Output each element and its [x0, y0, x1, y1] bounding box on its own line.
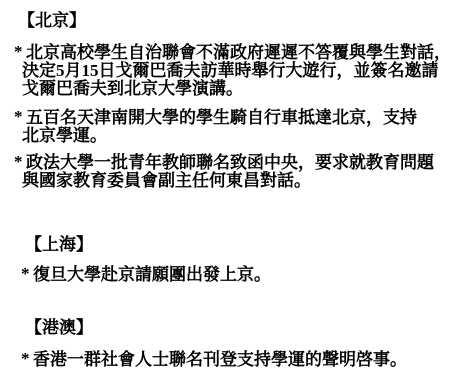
- list-item: * 五百名天津南開大學的學生騎自行車抵達北京，支持 北京學運。: [14, 109, 417, 145]
- list-item: * 北京高校學生自治聯會不滿政府遲遲不答覆與學生對話， 決定5月15日戈爾巴喬夫…: [14, 44, 451, 98]
- item-text-line: 與國家教育委員會副主任何東昌對話。: [22, 172, 434, 190]
- item-text-line: 北京學運。: [22, 127, 417, 145]
- list-item: * 政法大學一批青年教師聯名致函中央，要求就教育問題 與國家教育委員會副主任何東…: [14, 154, 434, 190]
- bullet-marker: *: [14, 43, 23, 61]
- bullet-marker: *: [21, 265, 30, 283]
- bullet-marker: *: [21, 350, 30, 368]
- item-text-line: 北京高校學生自治聯會不滿政府遲遲不答覆與學生對話，: [26, 44, 451, 62]
- section-title-shanghai: 【上海】: [25, 236, 93, 254]
- item-text-line: 決定5月15日戈爾巴喬夫訪華時舉行大遊行，並簽名邀請: [22, 62, 451, 80]
- item-text-line: 政法大學一批青年教師聯名致函中央，要求就教育問題: [26, 154, 434, 172]
- bullet-marker: *: [14, 153, 23, 171]
- item-text-line: 戈爾巴喬夫到北京大學演講。: [22, 80, 451, 98]
- list-item: * 復旦大學赴京請願團出發上京。: [21, 266, 271, 284]
- section-title-hongkong-macau: 【港澳】: [25, 319, 93, 337]
- document-page: 【北京】 * 北京高校學生自治聯會不滿政府遲遲不答覆與學生對話， 決定5月15日…: [0, 0, 455, 385]
- list-item: * 香港一群社會人士聯名刊登支持學運的聲明啓事。: [21, 351, 407, 369]
- item-text-line: 五百名天津南開大學的學生騎自行車抵達北京，支持: [26, 109, 417, 127]
- bullet-marker: *: [14, 108, 23, 126]
- item-text-line: 香港一群社會人士聯名刊登支持學運的聲明啓事。: [33, 351, 407, 369]
- item-text-line: 復旦大學赴京請願團出發上京。: [33, 266, 271, 284]
- section-title-beijing: 【北京】: [18, 12, 86, 30]
